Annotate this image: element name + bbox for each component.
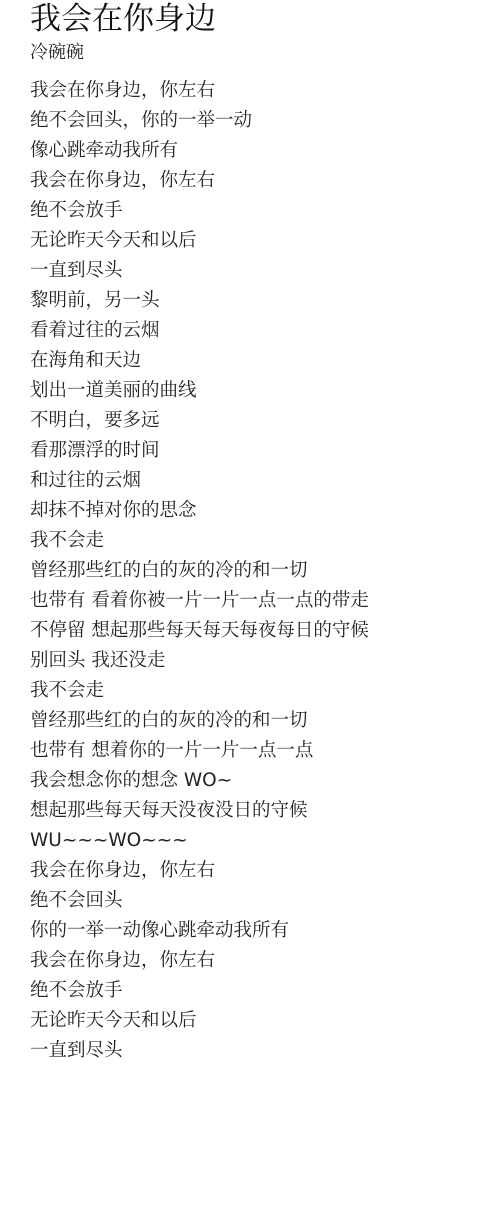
lyric-line: 绝不会回头 [30,886,500,916]
lyric-line: 我不会走 [30,526,500,556]
lyric-line: 却抹不掉对你的思念 [30,496,500,526]
lyric-line: WU~~~WO~~~ [30,826,500,856]
lyric-line: 看那漂浮的时间 [30,436,500,466]
lyric-line: 你的一举一动像心跳牵动我所有 [30,916,500,946]
lyric-line: 不停留 想起那些每天每天每夜每日的守候 [30,616,500,646]
lyric-line: 和过往的云烟 [30,466,500,496]
lyric-line: 像心跳牵动我所有 [30,136,500,166]
lyric-line: 我会在你身边，你左右 [30,76,500,106]
lyric-line: 也带有 看着你被一片一片一点一点的带走 [30,586,500,616]
lyric-line: 我会在你身边，你左右 [30,166,500,196]
lyrics-page: 我会在你身边 冷碗碗 我会在你身边，你左右绝不会回头，你的一举一动像心跳牵动我所… [0,0,500,1066]
lyric-line: 想起那些每天每天没夜没日的守候 [30,796,500,826]
artist-name: 冷碗碗 [30,38,500,68]
lyric-line: 我会想念你的想念 WO~ [30,766,500,796]
lyric-line: 一直到尽头 [30,1036,500,1066]
lyric-line: 我会在你身边，你左右 [30,856,500,886]
lyric-line: 黎明前，另一头 [30,286,500,316]
lyric-line: 别回头 我还没走 [30,646,500,676]
lyric-line: 我不会走 [30,676,500,706]
lyric-line: 一直到尽头 [30,256,500,286]
lyric-line: 曾经那些红的白的灰的冷的和一切 [30,706,500,736]
lyric-line: 也带有 想着你的一片一片一点一点 [30,736,500,766]
lyric-line: 看着过往的云烟 [30,316,500,346]
lyric-line: 不明白，要多远 [30,406,500,436]
lyric-line: 在海角和天边 [30,346,500,376]
lyric-line: 无论昨天今天和以后 [30,1006,500,1036]
lyric-line: 绝不会放手 [30,976,500,1006]
lyric-line: 绝不会放手 [30,196,500,226]
lyric-line: 我会在你身边，你左右 [30,946,500,976]
lyrics-body: 我会在你身边，你左右绝不会回头，你的一举一动像心跳牵动我所有我会在你身边，你左右… [30,76,500,1066]
lyric-line: 绝不会回头，你的一举一动 [30,106,500,136]
lyric-line: 无论昨天今天和以后 [30,226,500,256]
song-title: 我会在你身边 [30,0,500,38]
lyric-line: 曾经那些红的白的灰的冷的和一切 [30,556,500,586]
lyric-line: 划出一道美丽的曲线 [30,376,500,406]
